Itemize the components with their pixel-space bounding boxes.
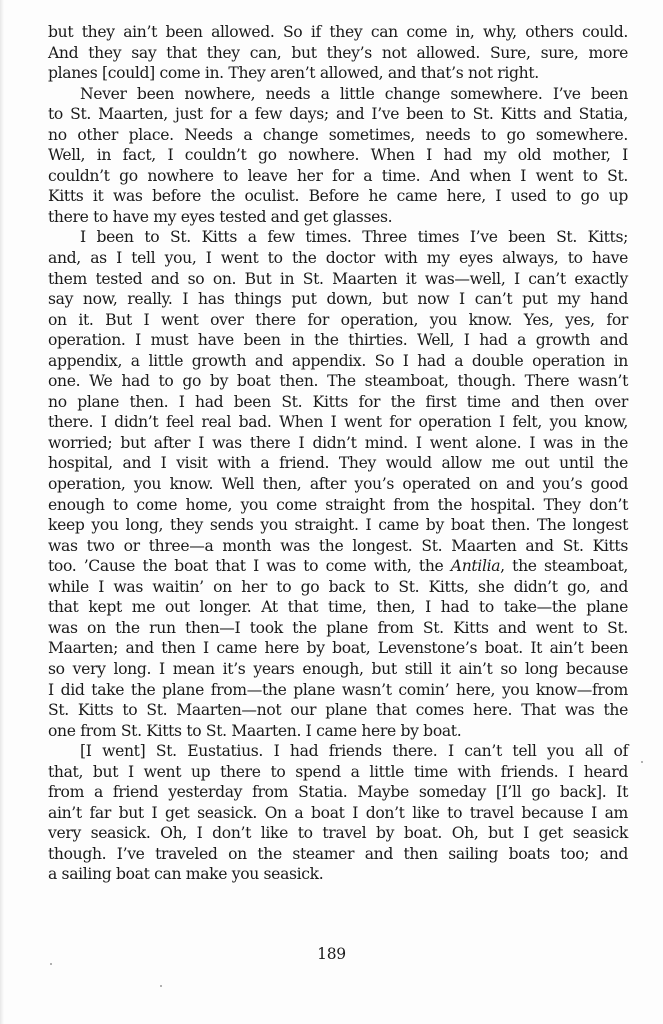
text-line: I did take the plane from—the plane wasn…: [48, 680, 628, 701]
text-line: there. I didn’t feel real bad. When I we…: [48, 412, 628, 433]
text-line: Never been nowhere, needs a little chang…: [48, 84, 628, 105]
text-line: on it. But I went over there for operati…: [48, 310, 628, 331]
text-line: hospital, and I visit with a friend. The…: [48, 453, 628, 474]
page-edge-shadow: [0, 0, 4, 1024]
text-line: operation, you know. Well then, after yo…: [48, 474, 628, 495]
paragraph: but they ain’t been allowed. So if they …: [48, 22, 628, 84]
text-line: there to have my eyes tested and get gla…: [48, 207, 628, 228]
paragraph: I been to St. Kitts a few times. Three t…: [48, 227, 628, 741]
text-line: And they say that they can, but they’s n…: [48, 43, 628, 64]
text-line: St. Kitts to St. Maarten—not our plane t…: [48, 700, 628, 721]
text-line: while I was waitin’ on her to go back to…: [48, 577, 628, 598]
body-text: but they ain’t been allowed. So if they …: [48, 22, 628, 885]
text-line: from a friend yesterday from Statia. May…: [48, 782, 628, 803]
text-line: one from St. Kitts to St. Maarten. I cam…: [48, 721, 628, 742]
text-line: I been to St. Kitts a few times. Three t…: [48, 227, 628, 248]
text-line: couldn’t go nowhere to leave her for a t…: [48, 166, 628, 187]
text-line: though. I’ve traveled on the steamer and…: [48, 844, 628, 865]
text-line: was on the run then—I took the plane fro…: [48, 618, 628, 639]
text-line: Well, in fact, I couldn’t go nowhere. Wh…: [48, 145, 628, 166]
scan-speck: [50, 963, 52, 965]
text-line: worried; but after I was there I didn’t …: [48, 433, 628, 454]
text-line: Maarten; and then I came here by boat, L…: [48, 638, 628, 659]
paragraph: [I went] St. Eustatius. I had friends th…: [48, 741, 628, 885]
text-line: Kitts it was before the oculist. Before …: [48, 186, 628, 207]
text-line: ain’t far but I get seasick. On a boat I…: [48, 803, 628, 824]
text-line: that kept me out longer. At that time, t…: [48, 597, 628, 618]
text-line: but they ain’t been allowed. So if they …: [48, 22, 628, 43]
text-line: too. ’Cause the boat that I was to come …: [48, 556, 628, 577]
paragraph: Never been nowhere, needs a little chang…: [48, 84, 628, 228]
text-line: [I went] St. Eustatius. I had friends th…: [48, 741, 628, 762]
scan-speck: [160, 985, 162, 987]
text-line: was two or three—a month was the longest…: [48, 536, 628, 557]
text-line: no other place. Needs a change sometimes…: [48, 125, 628, 146]
text-line: appendix, a little growth and appendix. …: [48, 351, 628, 372]
text-line: and, as I tell you, I went to the doctor…: [48, 248, 628, 269]
text-line: that, but I went up there to spend a lit…: [48, 762, 628, 783]
text-line: no plane then. I had been St. Kitts for …: [48, 392, 628, 413]
scan-speck: [641, 761, 643, 763]
text-line: one. We had to go by boat then. The stea…: [48, 371, 628, 392]
text-line: very seasick. Oh, I don’t like to travel…: [48, 823, 628, 844]
text-line: planes [could] come in. They aren’t allo…: [48, 63, 628, 84]
text-line: say now, really. I has things put down, …: [48, 289, 628, 310]
text-line: to St. Maarten, just for a few days; and…: [48, 104, 628, 125]
text-line: keep you long, they sends you straight. …: [48, 515, 628, 536]
page-number: 189: [0, 944, 663, 964]
text-line: so very long. I mean it’s years enough, …: [48, 659, 628, 680]
text-line: them tested and so on. But in St. Maarte…: [48, 269, 628, 290]
text-line: enough to come home, you come straight f…: [48, 495, 628, 516]
italic-ship-name: Antilia: [451, 557, 500, 575]
text-line: a sailing boat can make you seasick.: [48, 864, 628, 885]
text-line: operation. I must have been in the thirt…: [48, 330, 628, 351]
